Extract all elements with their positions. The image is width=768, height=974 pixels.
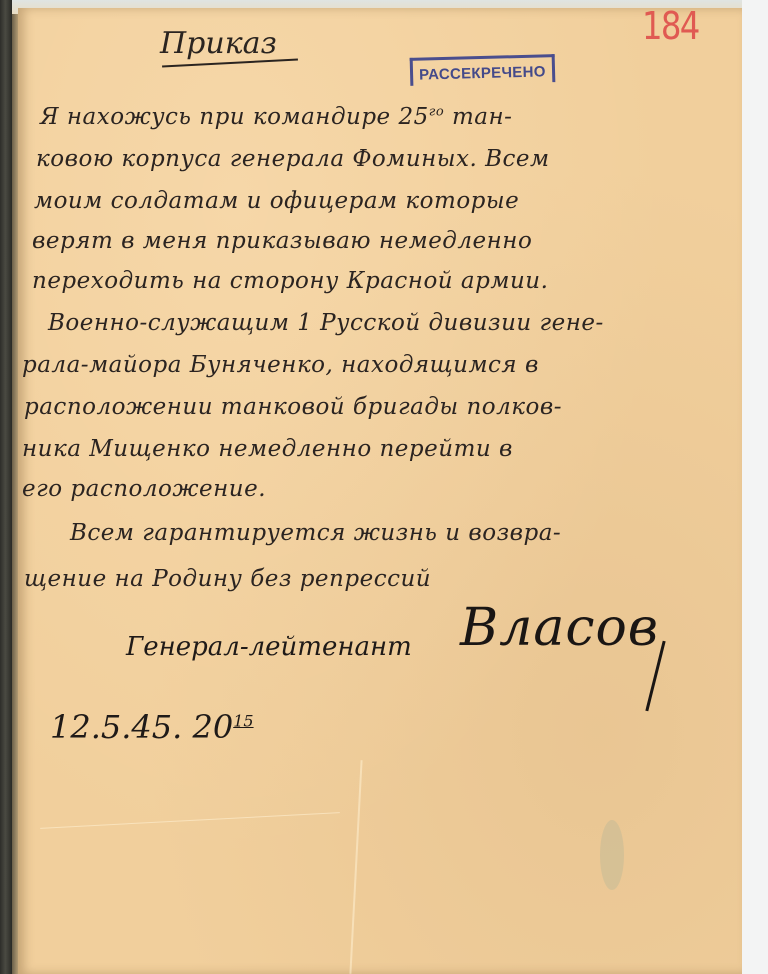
text-fragment: Я нахожусь при командире 25 xyxy=(40,104,429,130)
text-line: верят в меня приказываю немедленно xyxy=(32,228,532,254)
text-line: рала-майора Буняченко, находящимся в xyxy=(22,352,539,378)
signatory-rank: Генерал-лейтенант xyxy=(126,632,412,662)
text-line: ника Мищенко немедленно перейти в xyxy=(22,436,513,462)
document-date: 12.5.45. 2015 xyxy=(50,708,254,746)
text-line: Я нахожусь при командире 25го тан- xyxy=(40,104,512,130)
text-line: щение на Родину без репрессий xyxy=(24,566,431,592)
text-line: его расположение. xyxy=(22,476,266,502)
text-line: переходить на сторону Красной армии. xyxy=(32,268,548,294)
document-title: Приказ xyxy=(160,26,277,61)
text-line: моим солдатам и офицерам которые xyxy=(34,188,519,214)
archive-page-number: 184 xyxy=(642,4,699,48)
paper-stain xyxy=(600,820,624,890)
declassified-stamp: РАССЕКРЕЧЕНО xyxy=(410,54,555,86)
superscript: го xyxy=(429,104,444,119)
text-fragment: тан- xyxy=(444,104,512,130)
text-line: ковою корпуса генерала Фоминых. Всем xyxy=(36,146,550,172)
text-line: Всем гарантируется жизнь и возвра- xyxy=(70,520,561,546)
text-line: расположении танковой бригады полков- xyxy=(24,394,562,420)
scan-background-right xyxy=(742,0,768,974)
date-text: 12.5.45. 20 xyxy=(50,708,233,746)
text-line: Военно-служащим 1 Русской дивизии гене- xyxy=(48,310,604,336)
time-minutes: 15 xyxy=(233,711,253,730)
book-binding xyxy=(0,0,12,974)
signature: Власов xyxy=(460,598,659,658)
